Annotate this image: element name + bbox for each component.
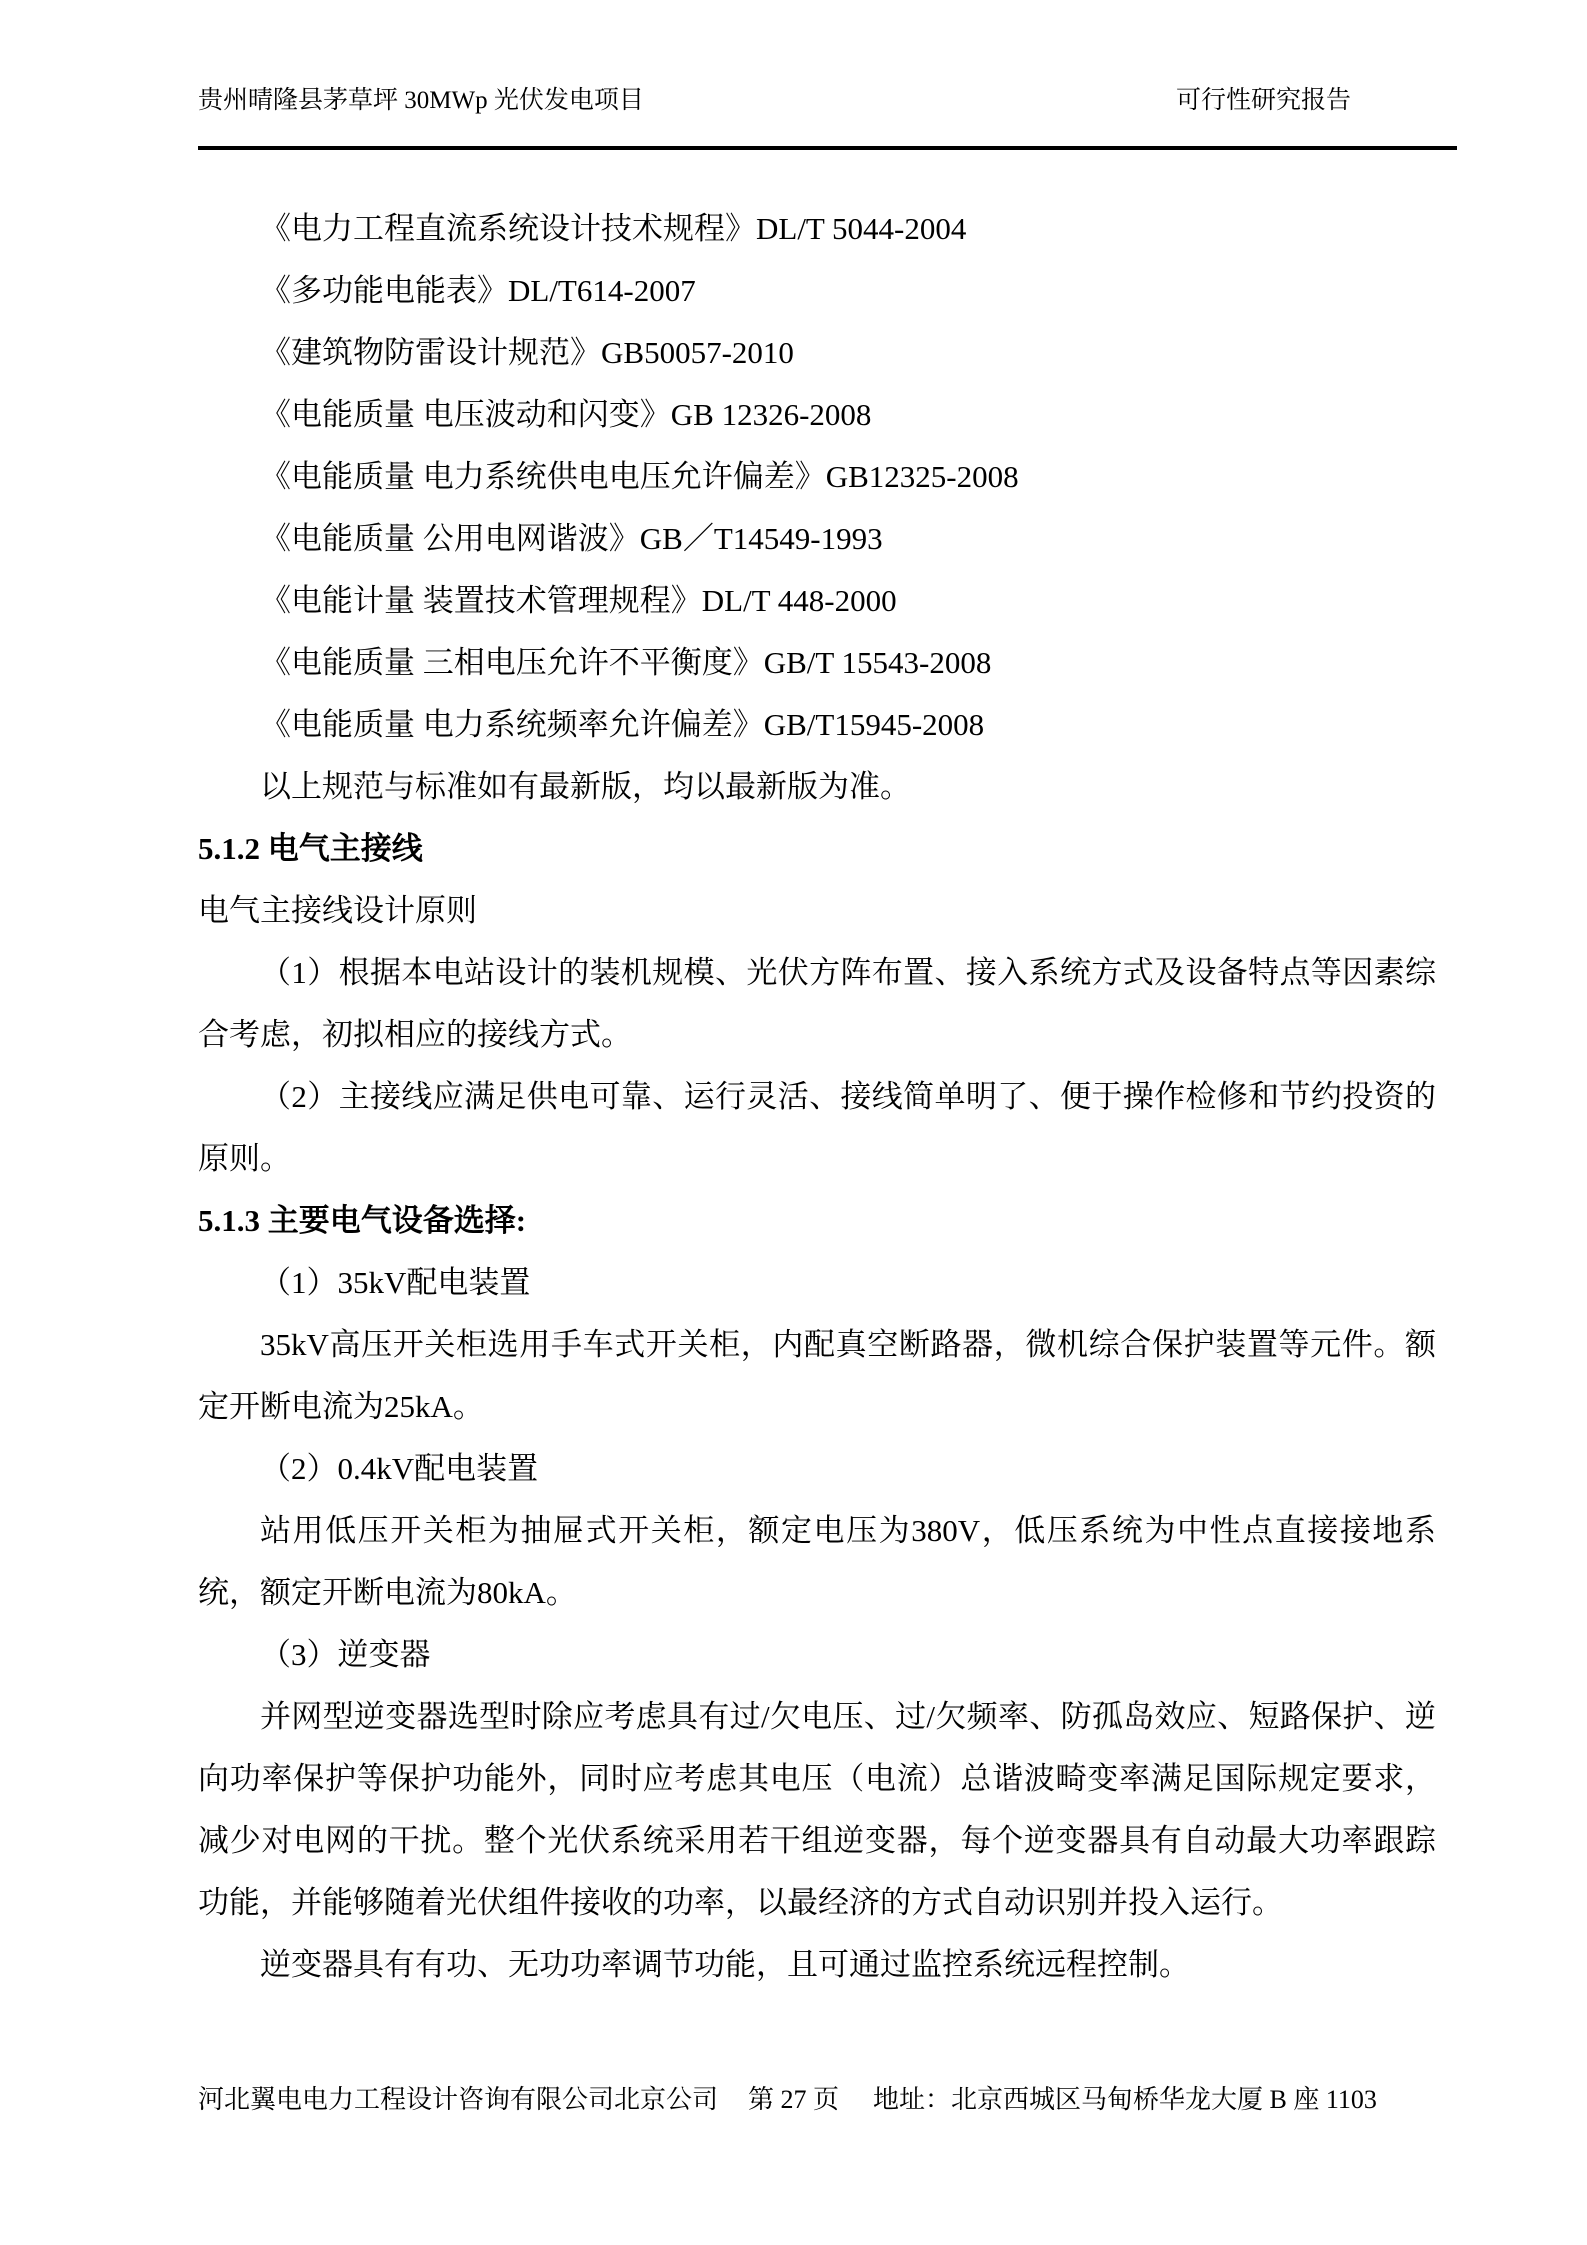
standard-item-3: 《建筑物防雷设计规范》GB50057-2010 (198, 322, 1436, 384)
standards-latest-version-note: 以上规范与标准如有最新版，均以最新版为准。 (198, 756, 1436, 818)
equipment-item-1-title: （1）35kV配电装置 (198, 1252, 1436, 1314)
footer-address: 地址：北京西城区马甸桥华龙大厦 B 座 1103 (873, 2078, 1377, 2122)
footer-page-number: 第 27 页 (748, 2078, 839, 2122)
header-divider-rule (198, 146, 1457, 150)
page-footer: 河北翼电电力工程设计咨询有限公司北京公司 第 27 页 地址：北京西城区马甸桥华… (198, 2078, 1518, 2122)
standard-item-8: 《电能质量 三相电压允许不平衡度》GB/T 15543-2008 (198, 632, 1436, 694)
principle-paragraph-1: （1）根据本电站设计的装机规模、光伏方阵布置、接入系统方式及设备特点等因素综合考… (198, 942, 1436, 1066)
header-doc-type: 可行性研究报告 (1176, 84, 1351, 118)
standard-item-4: 《电能质量 电压波动和闪变》GB 12326-2008 (198, 384, 1436, 446)
document-page: 贵州晴隆县茅草坪 30MWp 光伏发电项目 可行性研究报告 《电力工程直流系统设… (0, 0, 1587, 2245)
page-header: 贵州晴隆县茅草坪 30MWp 光伏发电项目 可行性研究报告 (198, 84, 1457, 118)
equipment-item-3-title: （3）逆变器 (198, 1624, 1436, 1686)
footer-company-name: 河北翼电电力工程设计咨询有限公司北京公司 (198, 2078, 718, 2122)
equipment-item-2-body: 站用低压开关柜为抽屉式开关柜，额定电压为380V，低压系统为中性点直接接地系统，… (198, 1500, 1436, 1624)
standard-item-7: 《电能计量 装置技术管理规程》DL/T 448-2000 (198, 570, 1436, 632)
equipment-item-1-body: 35kV高压开关柜选用手车式开关柜，内配真空断路器，微机综合保护装置等元件。额定… (198, 1314, 1436, 1438)
section-heading-5-1-3: 5.1.3 主要电气设备选择: (198, 1190, 1436, 1252)
principle-paragraph-2: （2）主接线应满足供电可靠、运行灵活、接线简单明了、便于操作检修和节约投资的原则… (198, 1066, 1436, 1190)
document-body: 《电力工程直流系统设计技术规程》DL/T 5044-2004 《多功能电能表》D… (198, 198, 1436, 1996)
standard-item-2: 《多功能电能表》DL/T614-2007 (198, 260, 1436, 322)
header-project-title: 贵州晴隆县茅草坪 30MWp 光伏发电项目 (198, 84, 644, 118)
standard-item-1: 《电力工程直流系统设计技术规程》DL/T 5044-2004 (198, 198, 1436, 260)
section-heading-5-1-2: 5.1.2 电气主接线 (198, 818, 1436, 880)
standard-item-9: 《电能质量 电力系统频率允许偏差》GB/T15945-2008 (198, 694, 1436, 756)
inverter-remote-control-note: 逆变器具有有功、无功功率调节功能，且可通过监控系统远程控制。 (198, 1934, 1436, 1996)
equipment-item-3-body: 并网型逆变器选型时除应考虑具有过/欠电压、过/欠频率、防孤岛效应、短路保护、逆向… (198, 1686, 1436, 1934)
main-wiring-design-principle-intro: 电气主接线设计原则 (198, 880, 1436, 942)
standard-item-6: 《电能质量 公用电网谐波》GB／T14549-1993 (198, 508, 1436, 570)
equipment-item-2-title: （2）0.4kV配电装置 (198, 1438, 1436, 1500)
standard-item-5: 《电能质量 电力系统供电电压允许偏差》GB12325-2008 (198, 446, 1436, 508)
